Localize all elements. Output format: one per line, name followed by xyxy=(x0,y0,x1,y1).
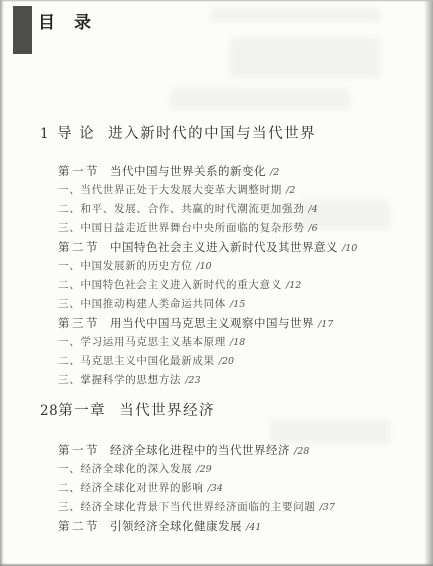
page-number: /6 xyxy=(308,223,317,234)
toc-item-line: 一、当代世界正处于大发展大变革大调整时期/2 xyxy=(0,181,433,200)
page-number: /12 xyxy=(286,280,301,291)
chapter-title: 进入新时代的中国与当代世界 xyxy=(108,126,316,142)
section-title: 当代中国与世界关系的新变化 xyxy=(110,164,266,178)
page-number: /4 xyxy=(308,204,317,215)
item-text: 一、当代世界正处于大发展大变革大调整时期 xyxy=(58,184,282,196)
page-number: /10 xyxy=(342,243,357,254)
item-text: 一、经济全球化的深入发展 xyxy=(58,463,192,475)
section-label: 第一节 xyxy=(58,443,100,457)
toc-section-line: 第一节当代中国与世界关系的新变化/2 xyxy=(0,162,433,181)
section-label: 第三节 xyxy=(58,316,100,330)
toc-item-line: 一、学习运用马克思主义基本原理/18 xyxy=(0,333,433,352)
toc-item-line: 二、经济全球化对世界的影响/34 xyxy=(0,479,433,498)
page-number: /29 xyxy=(196,464,211,475)
section-title: 引领经济全球化健康发展 xyxy=(110,519,242,533)
bleedthrough-ghost xyxy=(210,8,380,22)
item-text: 一、中国发展新的历史方位 xyxy=(58,260,192,272)
toc-section-line: 第二节引领经济全球化健康发展/41 xyxy=(0,517,433,536)
item-text: 二、马克思主义中国化最新成果 xyxy=(58,355,215,367)
bleedthrough-ghost xyxy=(230,38,380,78)
toc-item-line: 二、和平、发展、合作、共赢的时代潮流更加强劲/4 xyxy=(0,200,433,219)
bleedthrough-ghost xyxy=(170,88,350,110)
toc-item-line: 三、掌握科学的思想方法/23 xyxy=(0,371,433,390)
page-title: 目 录 xyxy=(38,8,92,33)
table-of-contents: 1导 论进入新时代的中国与当代世界 第一节当代中国与世界关系的新变化/2 一、当… xyxy=(0,124,433,536)
item-text: 一、学习运用马克思主义基本原理 xyxy=(58,336,226,348)
toc-item-line: 三、中国推动构建人类命运共同体/15 xyxy=(0,295,433,314)
page-number: /2 xyxy=(270,167,279,178)
section-label: 第一节 xyxy=(58,164,100,178)
page-number: /15 xyxy=(230,299,245,310)
item-text: 二、中国特色社会主义进入新时代的重大意义 xyxy=(58,279,282,291)
section-title: 用当代中国马克思主义观察中国与世界 xyxy=(110,316,314,330)
title-accent-block xyxy=(13,6,32,54)
page-number: /2 xyxy=(286,185,295,196)
toc-chapter-line: 28第一章当代世界经济 xyxy=(0,401,433,421)
scanned-toc-page: 目 录 1导 论进入新时代的中国与当代世界 第一节当代中国与世界关系的新变化/2… xyxy=(0,0,433,566)
item-text: 三、中国推动构建人类命运共同体 xyxy=(58,298,226,310)
page-number: /18 xyxy=(230,337,245,348)
item-text: 三、中国日益走近世界舞台中央所面临的复杂形势 xyxy=(58,222,304,234)
page-number: /17 xyxy=(318,319,333,330)
toc-section-line: 第三节用当代中国马克思主义观察中国与世界/17 xyxy=(0,314,433,333)
page-number: /10 xyxy=(196,261,211,272)
item-text: 三、掌握科学的思想方法 xyxy=(58,374,181,386)
toc-section-line: 第二节中国特色社会主义进入新时代及其世界意义/10 xyxy=(0,238,433,257)
chapter-label: 第一章 xyxy=(58,403,106,419)
toc-chapter-line: 1导 论进入新时代的中国与当代世界 xyxy=(0,124,433,144)
chapter-number: 28 xyxy=(40,401,58,421)
toc-item-line: 一、中国发展新的历史方位/10 xyxy=(0,257,433,276)
chapter-number: 1 xyxy=(40,124,57,144)
page-number: /41 xyxy=(246,522,261,533)
section-label: 第二节 xyxy=(58,240,100,254)
toc-section-line: 第一节经济全球化进程中的当代世界经济/28 xyxy=(0,441,433,460)
section-title: 中国特色社会主义进入新时代及其世界意义 xyxy=(110,240,338,254)
item-text: 三、经济全球化背景下当代世界经济面临的主要问题 xyxy=(58,501,316,513)
chapter-title: 当代世界经济 xyxy=(119,403,215,419)
page-number: /34 xyxy=(208,483,223,494)
toc-item-line: 三、中国日益走近世界舞台中央所面临的复杂形势/6 xyxy=(0,219,433,238)
page-number: /23 xyxy=(185,375,200,386)
toc-item-line: 二、马克思主义中国化最新成果/20 xyxy=(0,352,433,371)
toc-item-line: 一、经济全球化的深入发展/29 xyxy=(0,460,433,479)
item-text: 二、经济全球化对世界的影响 xyxy=(58,482,204,494)
section-label: 第二节 xyxy=(58,519,100,533)
page-number: /28 xyxy=(294,446,309,457)
chapter-label: 导 论 xyxy=(57,126,95,142)
page-edge-top xyxy=(0,0,433,2)
toc-item-line: 二、中国特色社会主义进入新时代的重大意义/12 xyxy=(0,276,433,295)
item-text: 二、和平、发展、合作、共赢的时代潮流更加强劲 xyxy=(58,203,304,215)
toc-item-line: 三、经济全球化背景下当代世界经济面临的主要问题/37 xyxy=(0,498,433,517)
page-number: /20 xyxy=(219,356,234,367)
page-number: /37 xyxy=(320,502,335,513)
section-title: 经济全球化进程中的当代世界经济 xyxy=(110,443,290,457)
